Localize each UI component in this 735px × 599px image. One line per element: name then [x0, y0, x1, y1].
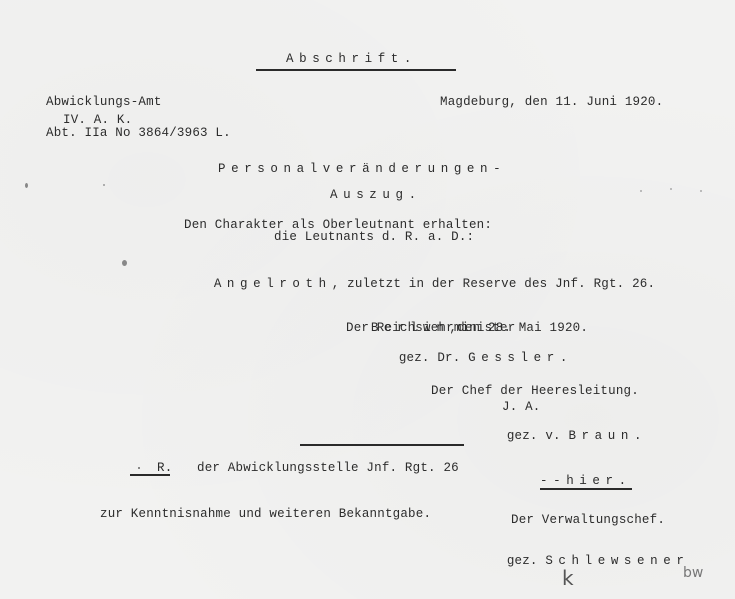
sender-office: Abwicklungs-Amt [46, 95, 162, 109]
admin-sig-prefix: gez. [507, 554, 546, 568]
title-underline [256, 69, 456, 71]
chief-signature: gez. v. Braun. [476, 415, 647, 457]
officer-name: Angelroth [214, 277, 332, 291]
sender-corps: IV. A. K. [63, 113, 132, 127]
admin-signature: gez. Schlewsener [476, 540, 689, 582]
handwritten-note: bw [683, 565, 703, 581]
document-title: Abschrift. [286, 52, 417, 66]
chief-sig-prefix: gez. v. [507, 429, 569, 443]
purpose-text: zur Kenntnisnahme und weiteren Bekanntga… [100, 507, 431, 521]
location-underline [540, 488, 632, 490]
intro-line-2: die Leutnants d. R. a. D.: [274, 230, 474, 244]
chief-sig-name: Braun. [568, 429, 647, 443]
scan-speck [138, 467, 140, 469]
officer-details: , zuletzt in der Reserve des Jnf. Rgt. 2… [332, 277, 655, 291]
scan-speck [700, 190, 702, 192]
subheading: Auszug. [330, 188, 422, 202]
place-date: Magdeburg, den 11. Juni 1920. [440, 95, 663, 109]
location-here: --hier. [540, 474, 632, 488]
scan-speck [103, 184, 105, 186]
handwritten-initial: k [562, 566, 574, 590]
sender-reference: Abt. IIa No 3864/3963 L. [46, 126, 231, 140]
minister-title: Der Reichswehrminister [346, 321, 515, 335]
heading: Personalveränderungen- [218, 162, 506, 176]
chief-title: Der Chef der Heeresleitung. [431, 384, 639, 398]
scan-speck [640, 190, 642, 192]
addressee: der Abwicklungsstelle Jnf. Rgt. 26 [197, 461, 459, 475]
promotion-entry: Angelroth, zuletzt in der Reserve des Jn… [183, 263, 655, 305]
separator-line [300, 444, 464, 446]
chief-ia: J. A. [502, 400, 541, 414]
minister-sig-name: Gessler. [468, 351, 573, 365]
scan-speck [122, 260, 127, 266]
admin-title: Der Verwaltungschef. [511, 513, 665, 527]
minister-signature: gez. Dr. Gessler. [368, 337, 573, 379]
addressee-prefix: R. [157, 461, 172, 475]
minister-sig-prefix: gez. Dr. [399, 351, 468, 365]
addressee-underline [130, 474, 170, 476]
scan-speck [25, 183, 28, 188]
scan-speck [670, 188, 672, 190]
document-page: Abschrift. Abwicklungs-Amt IV. A. K. Abt… [0, 0, 735, 599]
